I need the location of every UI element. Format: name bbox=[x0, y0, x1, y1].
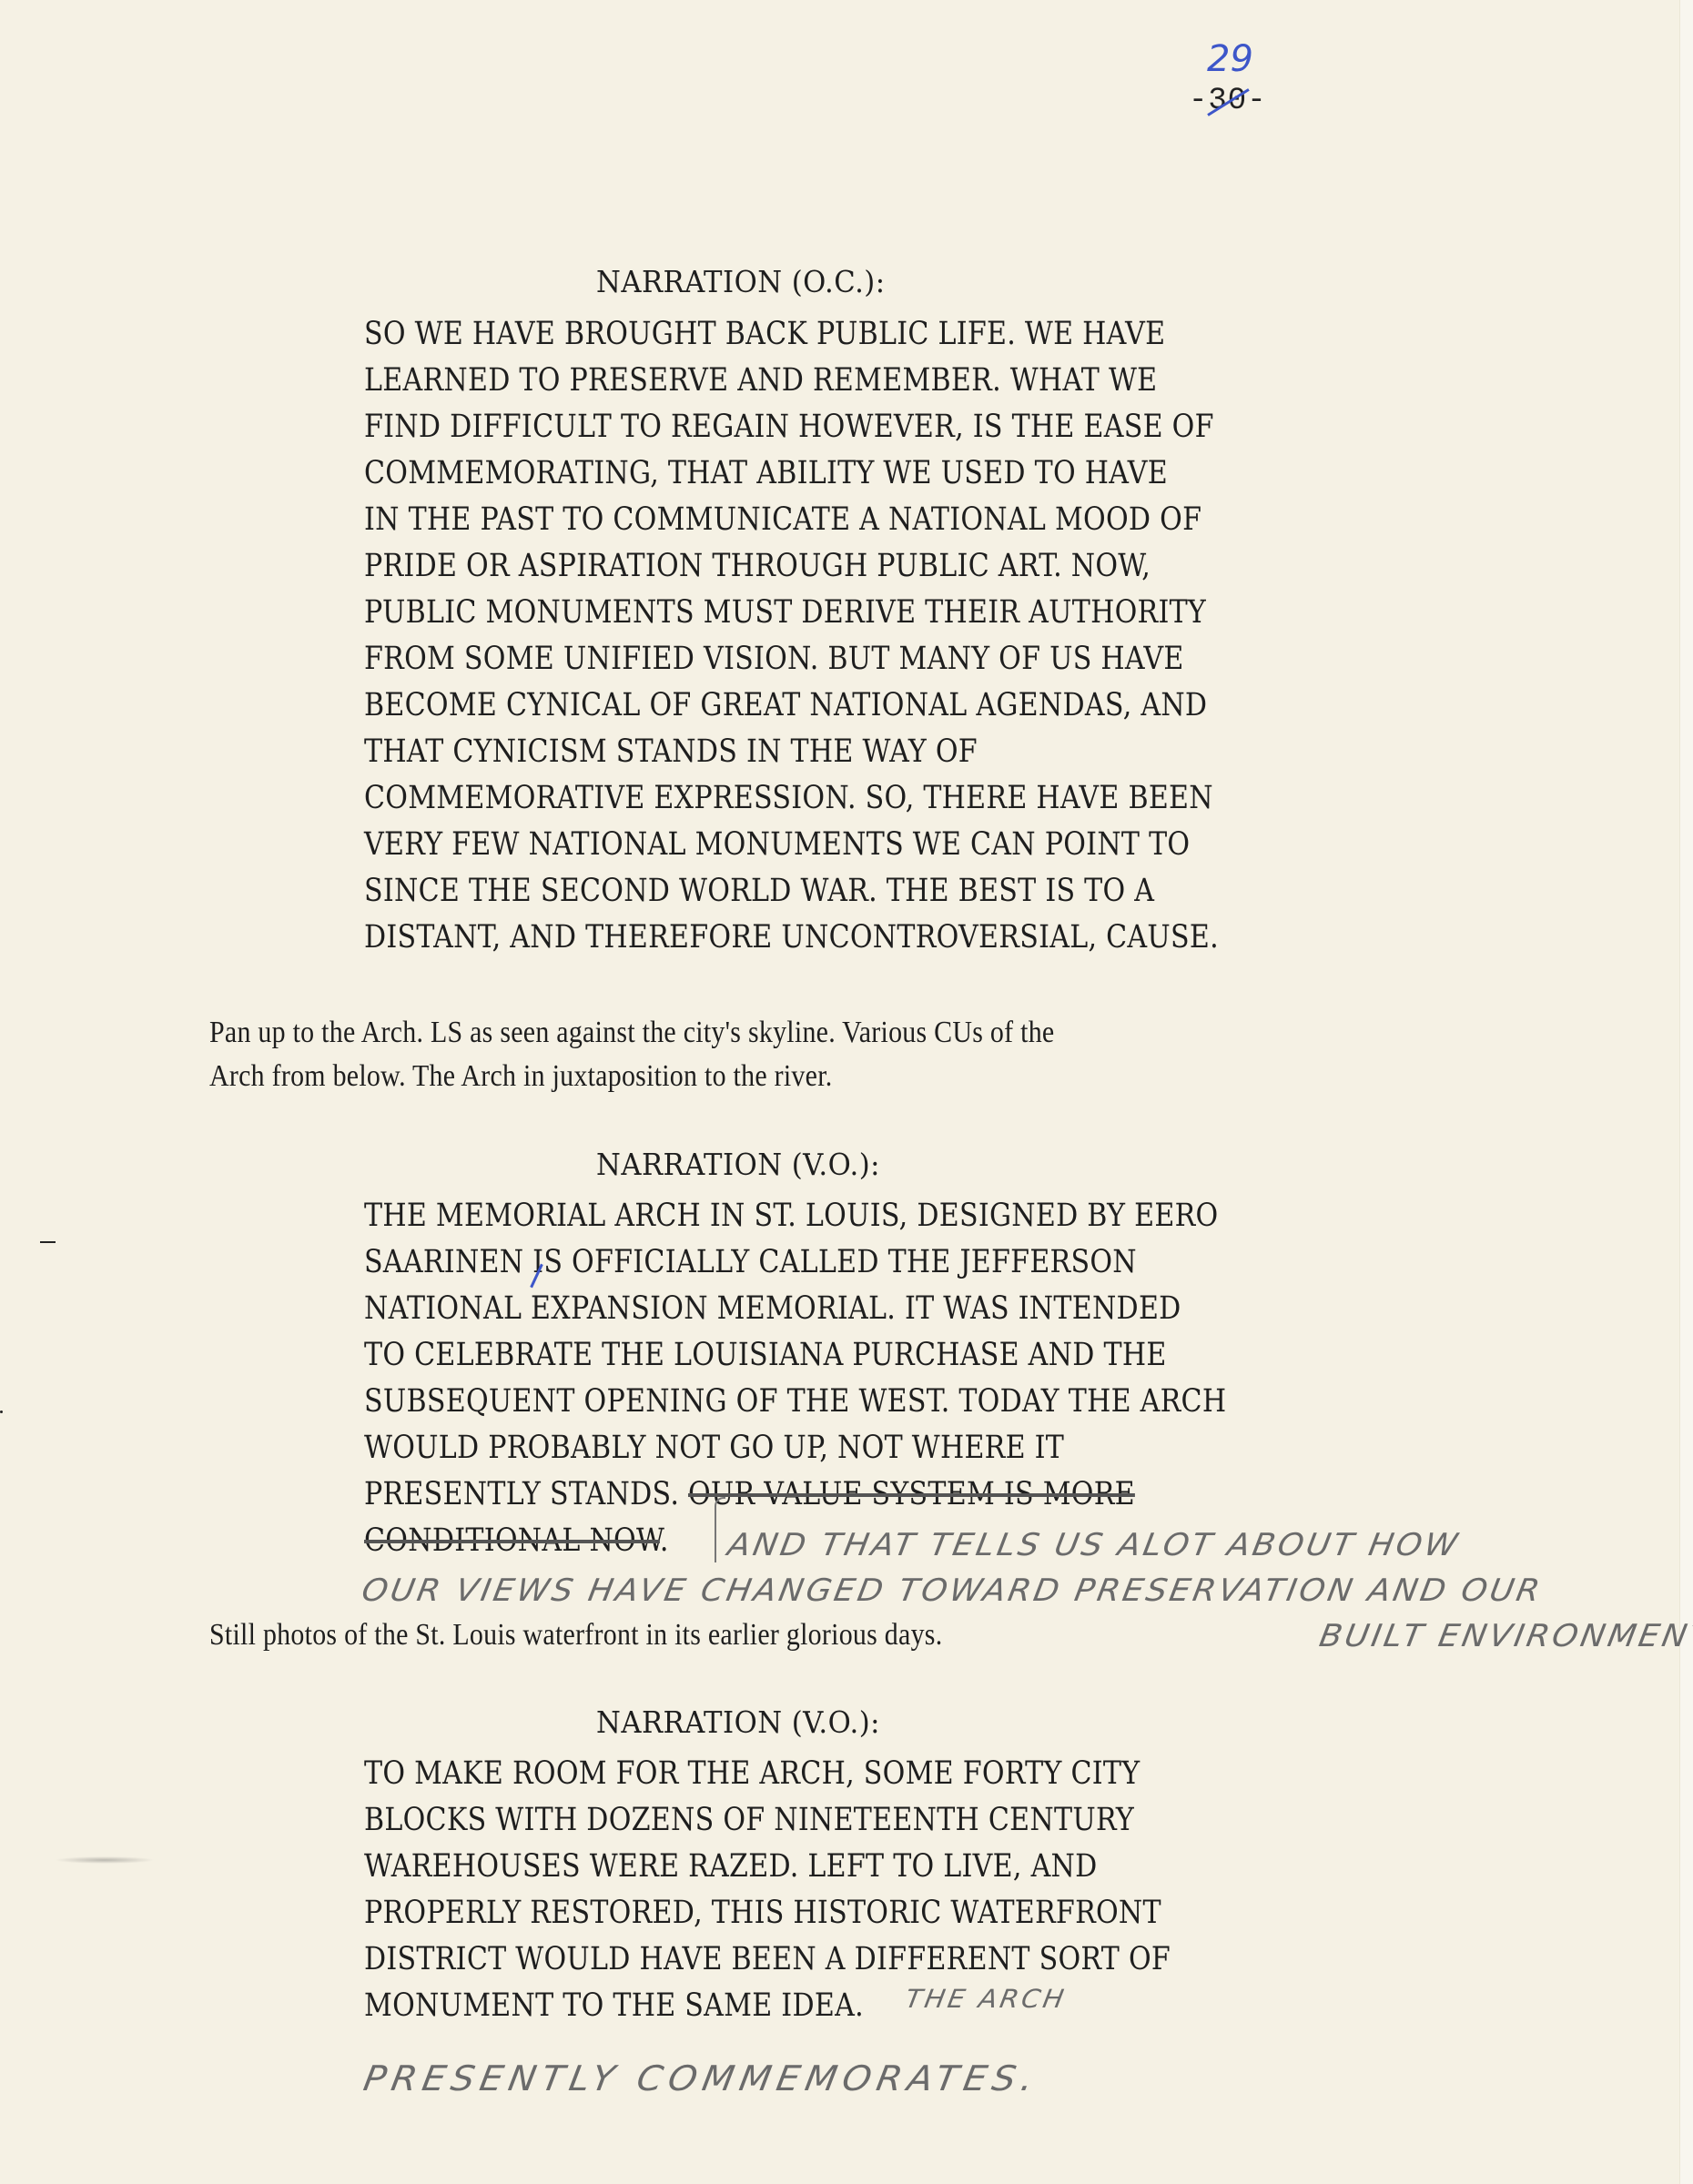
narration-line: COMMEMORATIVE EXPRESSION. SO, THERE HAVE… bbox=[364, 775, 1147, 822]
narration-heading: NARRATION (V.O.): bbox=[596, 1147, 880, 1182]
narration-line: TO MAKE ROOM FOR THE ARCH, SOME FORTY CI… bbox=[364, 1751, 1147, 1797]
kept-text: PRESENTLY STANDS. bbox=[364, 1476, 688, 1512]
margin-dot bbox=[0, 1410, 3, 1413]
narration-line: THAT CYNICISM STANDS IN THE WAY OF bbox=[364, 729, 1147, 775]
margin-dash bbox=[40, 1241, 56, 1243]
narration-line: LEARNED TO PRESERVE AND REMEMBER. WHAT W… bbox=[364, 358, 1147, 404]
kept-text: . bbox=[660, 1522, 669, 1559]
direction-line: Pan up to the Arch. LS as seen against t… bbox=[209, 1011, 1331, 1055]
narration-heading: NARRATION (V.O.): bbox=[596, 1704, 880, 1740]
narration-line: PROPERLY RESTORED, THIS HISTORIC WATERFR… bbox=[364, 1890, 1147, 1936]
handwritten-note: PRESENTLY COMMEMORATES. bbox=[360, 2058, 1042, 2098]
smudge bbox=[55, 1856, 155, 1864]
narration-line: THE MEMORIAL ARCH IN ST. LOUIS, DESIGNED… bbox=[364, 1193, 1147, 1239]
narration-line: TO CELEBRATE THE LOUISIANA PURCHASE AND … bbox=[364, 1332, 1147, 1379]
page-edge bbox=[1679, 0, 1693, 2184]
narration-line: SINCE THE SECOND WORLD WAR. THE BEST IS … bbox=[364, 868, 1147, 915]
narration-body: SO WE HAVE BROUGHT BACK PUBLIC LIFE. WE … bbox=[364, 311, 1274, 961]
narration-line: FIND DIFFICULT TO REGAIN HOWEVER, IS THE… bbox=[364, 404, 1147, 450]
narration-line: IN THE PAST TO COMMUNICATE A NATIONAL MO… bbox=[364, 497, 1147, 543]
typed-page-number: -30- bbox=[1189, 84, 1267, 118]
handwritten-insert: AND THAT TELLS US ALOT ABOUT HOW bbox=[725, 1527, 1463, 1563]
direction-line: Arch from below. The Arch in juxtapositi… bbox=[209, 1055, 1331, 1098]
narration-body: THE MEMORIAL ARCH IN ST. LOUIS, DESIGNED… bbox=[364, 1193, 1274, 1564]
narration-line: PRIDE OR ASPIRATION THROUGH PUBLIC ART. … bbox=[364, 543, 1147, 590]
scene-direction: Still photos of the St. Louis waterfront… bbox=[209, 1613, 1484, 1657]
struck-text: OUR VALUE SYSTEM IS MORE bbox=[688, 1476, 1135, 1512]
narration-line: PUBLIC MONUMENTS MUST DERIVE THEIR AUTHO… bbox=[364, 590, 1147, 636]
narration-line: SO WE HAVE BROUGHT BACK PUBLIC LIFE. WE … bbox=[364, 311, 1147, 358]
narration-line: VERY FEW NATIONAL MONUMENTS WE CAN POINT… bbox=[364, 822, 1147, 868]
narration-line: PRESENTLY STANDS. OUR VALUE SYSTEM IS MO… bbox=[364, 1471, 1147, 1518]
narration-line: DISTRICT WOULD HAVE BEEN A DIFFERENT SOR… bbox=[364, 1936, 1147, 1983]
scene-direction: Pan up to the Arch. LS as seen against t… bbox=[209, 1011, 1484, 1098]
handwritten-insert: OUR VIEWS HAVE CHANGED TOWARD PRESERVATI… bbox=[359, 1572, 1545, 1609]
narration-body: TO MAKE ROOM FOR THE ARCH, SOME FORTY CI… bbox=[364, 1751, 1274, 2029]
narration-line: SUBSEQUENT OPENING OF THE WEST. TODAY TH… bbox=[364, 1379, 1147, 1425]
narration-line: SAARINEN IS OFFICIALLY CALLED THE JEFFER… bbox=[364, 1239, 1147, 1286]
insert-bracket bbox=[715, 1497, 725, 1562]
narration-line: BECOME CYNICAL OF GREAT NATIONAL AGENDAS… bbox=[364, 682, 1147, 729]
narration-heading: NARRATION (O.C.): bbox=[596, 264, 886, 299]
narration-line: DISTANT, AND THEREFORE UNCONTROVERSIAL, … bbox=[364, 915, 1147, 961]
handwritten-page-number: 29 bbox=[1207, 38, 1253, 80]
narration-line: WOULD PROBABLY NOT GO UP, NOT WHERE IT bbox=[364, 1425, 1147, 1471]
narration-line: WAREHOUSES WERE RAZED. LEFT TO LIVE, AND bbox=[364, 1844, 1147, 1890]
narration-line: FROM SOME UNIFIED VISION. BUT MANY OF US… bbox=[364, 636, 1147, 682]
struck-text: CONDITIONAL NOW bbox=[364, 1522, 660, 1559]
narration-line: COMMEMORATING, THAT ABILITY WE USED TO H… bbox=[364, 450, 1147, 497]
handwritten-note: THE ARCH bbox=[903, 1984, 1069, 2014]
direction-line: Still photos of the St. Louis waterfront… bbox=[209, 1613, 1331, 1657]
narration-line: BLOCKS WITH DOZENS OF NINETEENTH CENTURY bbox=[364, 1797, 1147, 1844]
struck-page-number: 30 bbox=[1208, 84, 1247, 118]
narration-line: NATIONAL EXPANSION MEMORIAL. IT WAS INTE… bbox=[364, 1286, 1147, 1332]
